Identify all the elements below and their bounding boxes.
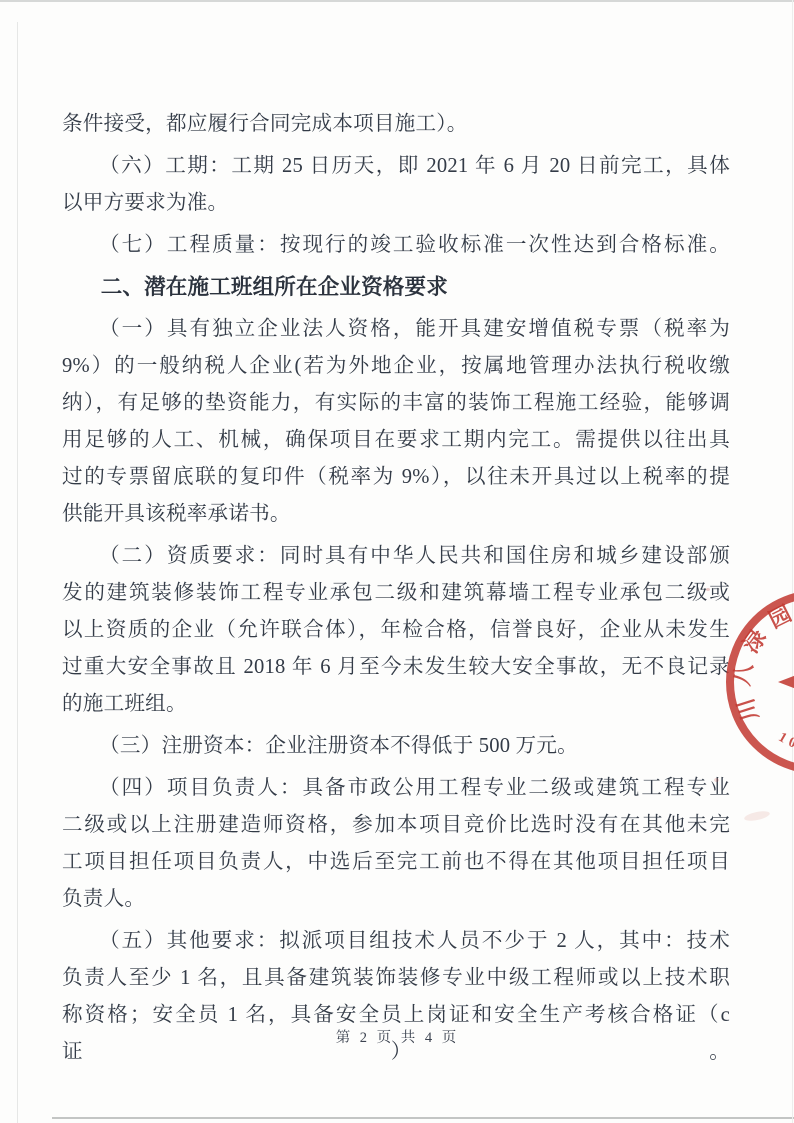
text-line: 纳），有足够的垫资能力，有实际的丰富的装饰工程施工经验，能够调 [62,385,730,422]
page-number: 第 2 页 共 4 页 [0,1026,794,1047]
text-line: （四）项目负责人：具备市政公用工程专业二级或建筑工程专业 [62,770,730,807]
text-line: 用足够的人工、机械，确保项目在要求工期内完工。需提供以往出具 [62,422,730,459]
text-line: 负责人。 [62,881,730,918]
text-line: （一）具有独立企业法人资格，能开具建安增值税专票（税率为 [62,311,730,348]
text-line: 以上资质的企业（允许联合体），年检合格，信誉良好，企业从未发生 [62,612,730,649]
text-line: 以甲方要求为准。 [62,185,730,222]
scan-edge-right [792,0,793,1123]
text-line: 二级或以上注册建造师资格，参加本项目竞价比选时没有在其他未完 [62,807,730,844]
seal-serial-number: 1050050 [776,730,794,756]
text-line: 工项目担任项目负责人，中选后至完工前也不得在其他项目担任项目 [62,844,730,881]
text-line: 过重大安全事故且 2018 年 6 月至今未发生较大安全事故，无不良记录 [62,649,730,686]
ink-speck [714,778,719,782]
ink-smudge [743,809,770,822]
document-body: 条件接受，都应履行合同完成本项目施工）。 （六）工期：工期 25 日历天，即 2… [62,106,730,1071]
text-line: 的施工班组。 [62,686,730,723]
svg-text:1050050: 1050050 [776,730,794,756]
star-icon [778,644,794,720]
text-line: 供能开具该税率承诺书。 [62,496,730,533]
section-heading: 二、潜在施工班组所在企业资格要求 [62,269,730,306]
text-line: 负责人至少 1 名，且具备建筑装饰装修专业中级工程师或以上技术职 [62,960,730,997]
official-seal: 川八渌园林 1050050 [718,582,794,782]
scan-edge-left [17,22,18,1123]
scan-edge-top [0,0,794,2]
text-line: 条件接受，都应履行合同完成本项目施工）。 [62,106,730,143]
text-line: （三）注册资本：企业注册资本不得低于 500 万元。 [62,728,730,765]
text-line: （六）工期：工期 25 日历天，即 2021 年 6 月 20 日前完工，具体 [62,148,730,185]
text-line: （五）其他要求：拟派项目组技术人员不少于 2 人，其中：技术 [62,923,730,960]
text-line: 发的建筑装修装饰工程专业承包二级和建筑幕墙工程专业承包二级或 [62,575,730,612]
text-line: （七）工程质量：按现行的竣工验收标准一次性达到合格标准。 [62,227,730,264]
text-line: 9%）的一般纳税人企业(若为外地企业，按属地管理办法执行税收缴 [62,348,730,385]
text-line: （二）资质要求：同时具有中华人民共和国住房和城乡建设部颁 [62,538,730,575]
ink-speck [706,588,710,591]
scanned-document-page: 条件接受，都应履行合同完成本项目施工）。 （六）工期：工期 25 日历天，即 2… [0,0,794,1123]
text-line: 过的专票留底联的复印件（税率为 9%），以往未开具过以上税率的提 [62,459,730,496]
scan-edge-bottom [52,1117,794,1119]
